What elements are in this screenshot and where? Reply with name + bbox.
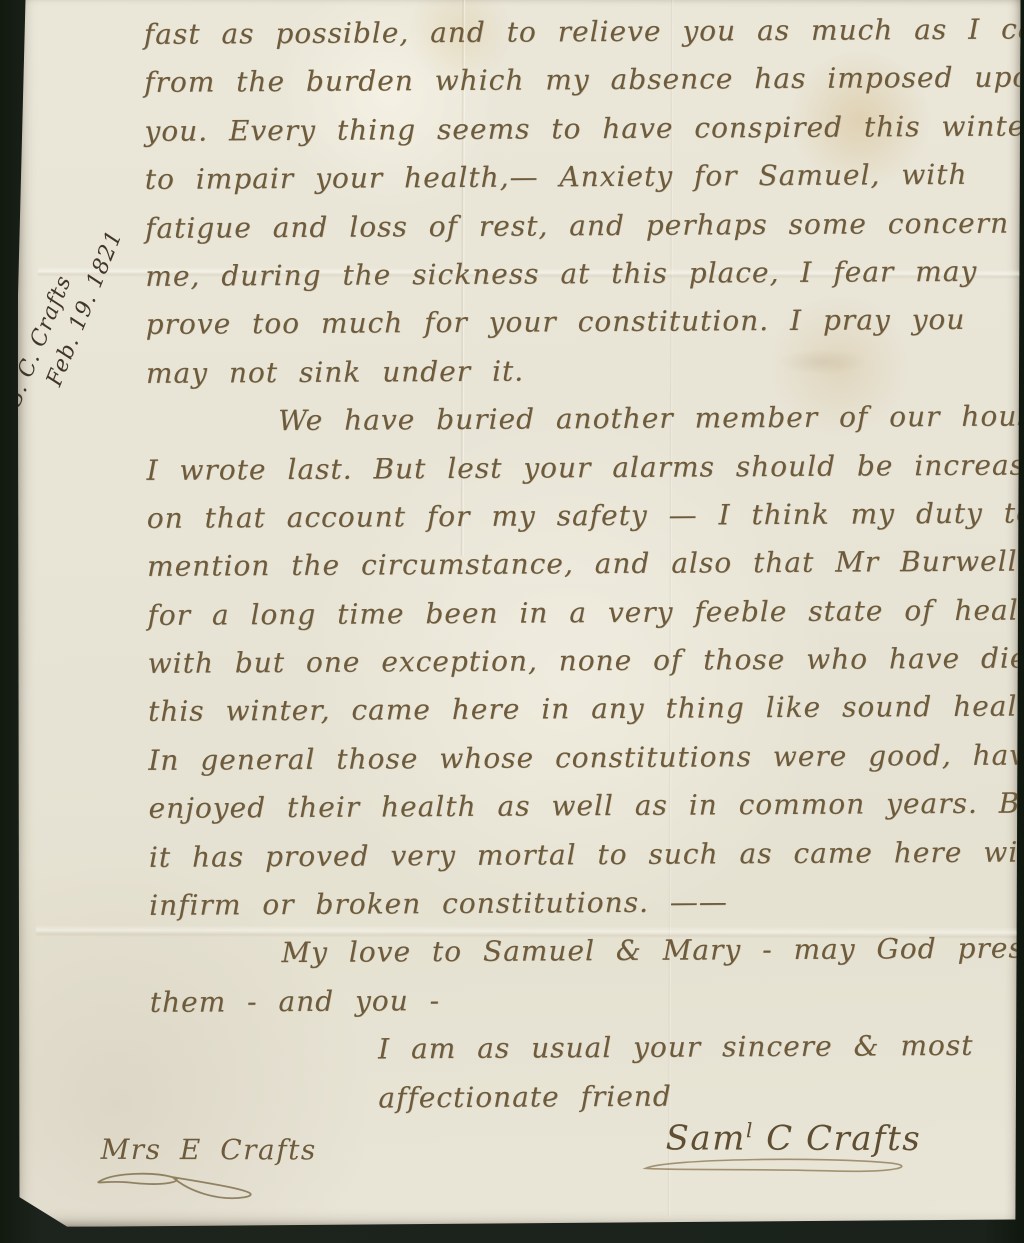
letter-line: In general those whose constitutions wer…: [148, 731, 1024, 785]
letter-line: with but one exception, none of those wh…: [148, 635, 1024, 689]
addressee-block: Mrs E Crafts: [100, 1133, 316, 1203]
margin-annotation: S. C. Crafts Feb. 19. 1821: [0, 215, 131, 423]
letter-line: prove too much for your constitution. I …: [146, 296, 1024, 350]
signature-block: Saml C Crafts: [666, 1118, 928, 1181]
letter-line: fast as possible, and to relieve you as …: [144, 5, 1024, 59]
addressee-text: Mrs E Crafts: [101, 1133, 317, 1167]
letter-line: it has proved very mortal to such as cam…: [149, 828, 1024, 882]
letter-line: mention the circumstance, and also that …: [147, 538, 1024, 592]
letter-body: fast as possible, and to relieve you as …: [144, 5, 1024, 1123]
letter-paper: S. C. Crafts Feb. 19. 1821 fast as possi…: [15, 0, 1020, 1229]
letter-line: enjoyed their health as well as in commo…: [148, 780, 1024, 834]
letter-line-paragraph-start: We have buried another member of our hou…: [146, 393, 1024, 447]
letter-line: from the burden which my absence has imp…: [144, 54, 1024, 108]
addressee-flourish: [94, 1168, 304, 1203]
letter-line: them - and you -: [150, 973, 1024, 1027]
letter-line: may not sink under it.: [146, 344, 1024, 398]
letter-line: on that account for my safety — I think …: [147, 489, 1024, 543]
letter-closing-line: affectionate friend: [150, 1070, 1024, 1124]
letter-line: this winter, came here in any thing like…: [148, 683, 1024, 737]
letter-line: I wrote last. But lest your alarms shoul…: [146, 441, 1024, 495]
signature-text: Saml C Crafts: [666, 1119, 922, 1160]
letter-closing-line: I am as usual your sincere & most: [150, 1022, 1024, 1076]
letter-line: to impair your health,— Anxiety for Samu…: [145, 151, 1024, 205]
scanned-letter-page: S. C. Crafts Feb. 19. 1821 fast as possi…: [0, 0, 1024, 1243]
letter-line-paragraph-start: My love to Samuel & Mary - may God prese…: [149, 925, 1024, 979]
letter-line: you. Every thing seems to have conspired…: [144, 102, 1024, 156]
letter-line: infirm or broken constitutions. ——: [149, 877, 1024, 931]
letter-line: me, during the sickness at this place, I…: [145, 247, 1024, 301]
letter-line: fatigue and loss of rest, and perhaps so…: [145, 199, 1024, 253]
letter-line: for a long time been in a very feeble st…: [147, 586, 1024, 640]
